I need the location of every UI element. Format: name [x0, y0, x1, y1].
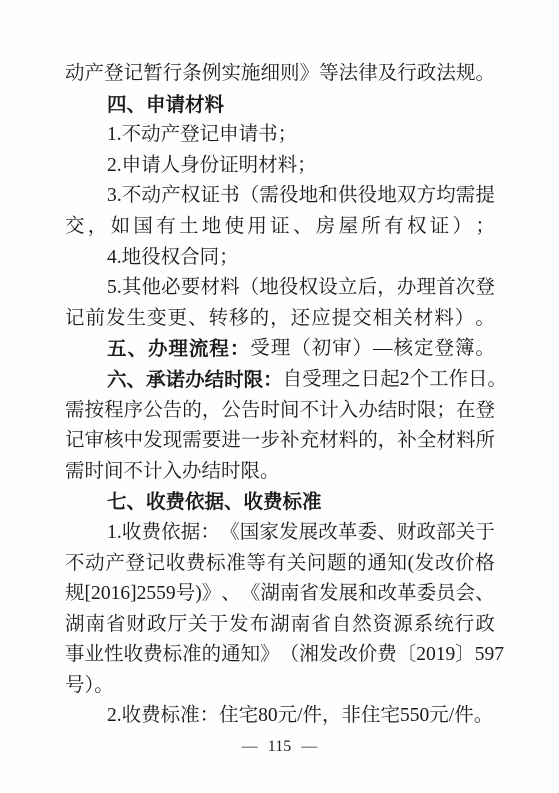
- line-fee-basis-3: 规[2016]2559号)》、《湖南省发展和改革委员会、: [65, 579, 495, 610]
- item-application-form: 1.不动产登记申请书；: [65, 120, 495, 151]
- item-other-materials-2: 记前发生变更、转移的，还应提交相关材料）。: [65, 304, 495, 335]
- line-process: 五、办理流程：受理（初审）—核定登簿。: [65, 334, 495, 365]
- line-fee-standard: 2.收费标准：住宅80元/件，非住宅550元/件。: [65, 701, 495, 732]
- page-number: — 115 —: [0, 736, 559, 758]
- heading-application-materials: 四、申请材料: [65, 90, 495, 121]
- line-fee-basis-1: 1.收费依据：《国家发展改革委、财政部关于: [65, 518, 495, 549]
- line-time-limit-2: 需按程序公告的，公告时间不计入办结时限；在登: [65, 396, 495, 427]
- line-fee-basis-2: 不动产登记收费标准等有关问题的通知(发改价格: [65, 549, 495, 580]
- item-other-materials-1: 5.其他必要材料（地役权设立后，办理首次登: [65, 273, 495, 304]
- line-time-limit-3: 记审核中发现需要进一步补充材料的，补全材料所: [65, 426, 495, 457]
- item-property-certificate-1: 3.不动产权证书（需役地和供役地双方均需提: [65, 181, 495, 212]
- body-text: 动产登记暂行条例实施细则》等法律及行政法规。四、申请材料1.不动产登记申请书；2…: [65, 59, 495, 732]
- item-easement-contract: 4.地役权合同；: [65, 243, 495, 274]
- line-fee-basis-5: 事业性收费标准的通知》（湘发改价费〔2019〕597: [65, 640, 495, 671]
- document-page: 动产登记暂行条例实施细则》等法律及行政法规。四、申请材料1.不动产登记申请书；2…: [0, 0, 559, 793]
- heading-fees: 七、收费依据、收费标准: [65, 487, 495, 518]
- line-fee-basis-6: 号）。: [65, 671, 495, 702]
- para-legal-basis-cont: 动产登记暂行条例实施细则》等法律及行政法规。: [65, 59, 495, 90]
- page-number-label: — 115 —: [242, 738, 317, 755]
- item-identity-materials: 2.申请人身份证明材料；: [65, 151, 495, 182]
- line-time-limit-4: 需时间不计入办结时限。: [65, 457, 495, 488]
- item-property-certificate-2: 交，如国有土地使用证、房屋所有权证）；: [65, 212, 495, 243]
- line-time-limit-1: 六、承诺办结时限：自受理之日起2个工作日。: [65, 365, 495, 396]
- line-fee-basis-4: 湖南省财政厅关于发布湖南省自然资源系统行政: [65, 610, 495, 641]
